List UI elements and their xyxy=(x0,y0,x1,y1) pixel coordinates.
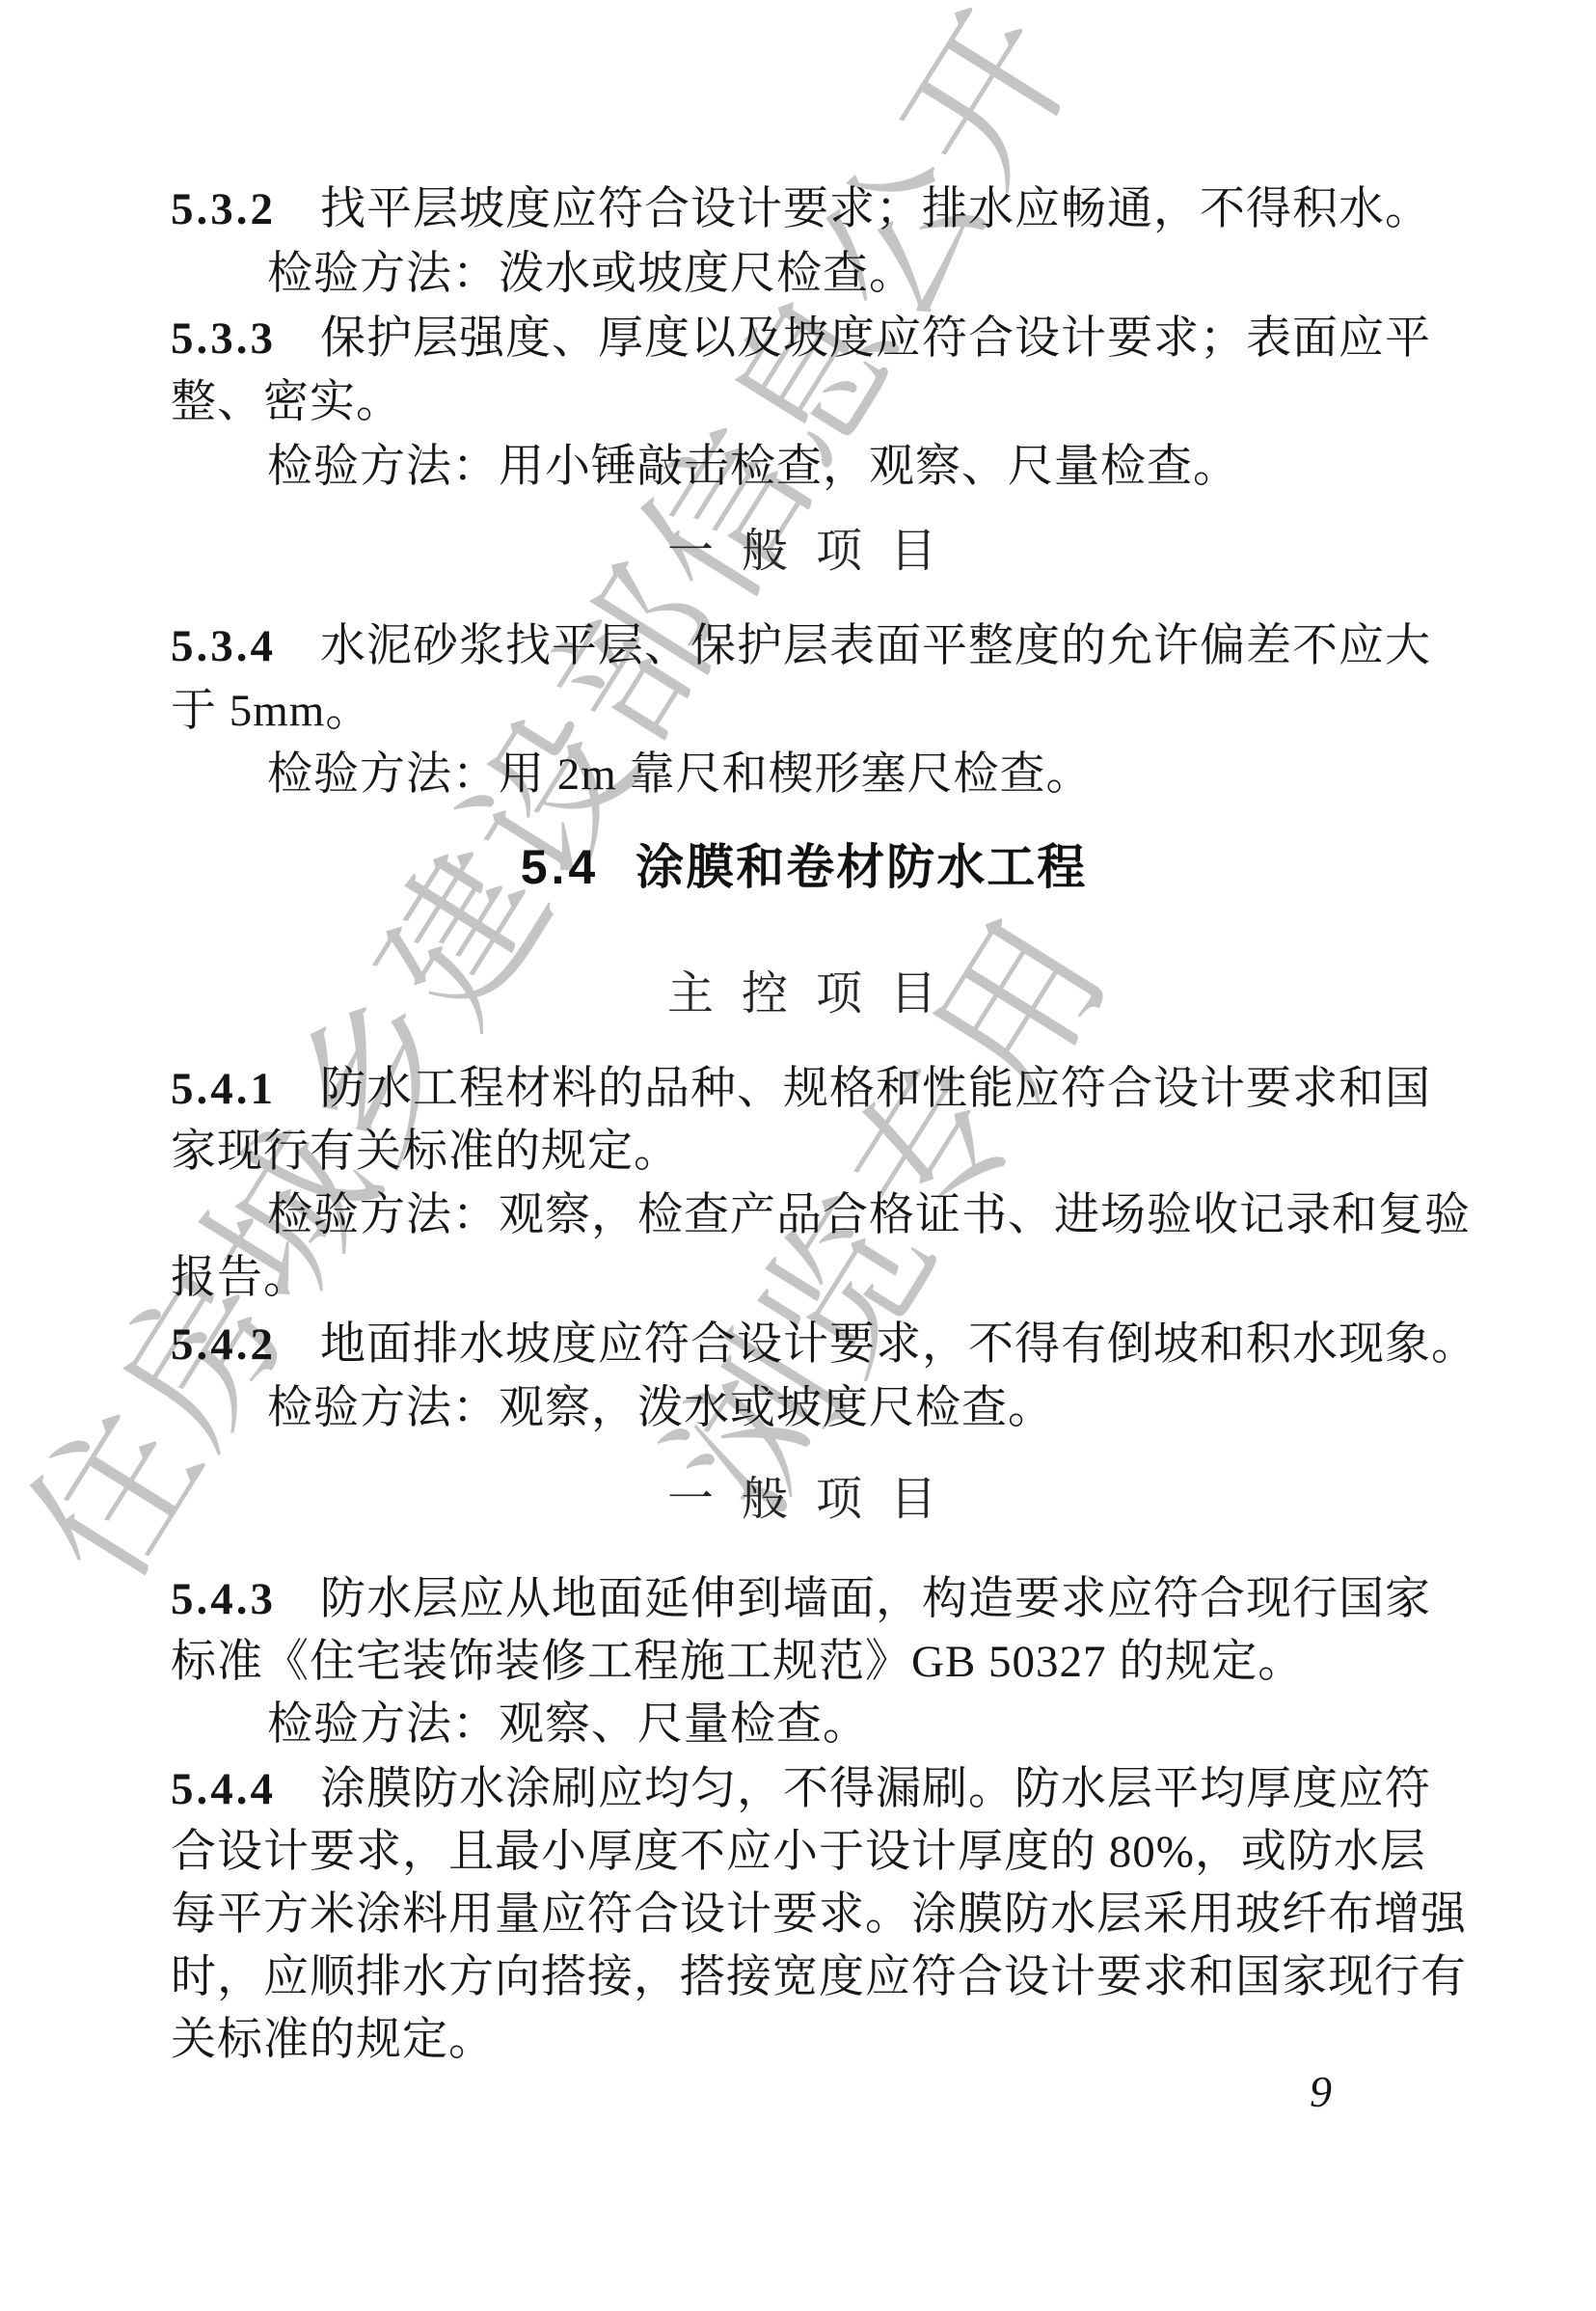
clause-5-3-4-line-2: 于 5mm。 xyxy=(171,683,371,739)
clause-5-4-4-line-5: 关标准的规定。 xyxy=(171,2012,495,2068)
clause-5-4-2-method: 检验方法：观察，泼水或坡度尺检查。 xyxy=(267,1380,1054,1436)
clause-text: 保护层强度、厚度以及坡度应符合设计要求；表面应平 xyxy=(320,313,1431,364)
clause-text: 水泥砂浆找平层、保护层表面平整度的允许偏差不应大 xyxy=(320,621,1431,671)
clause-5-3-4-line-1: 5.3.4水泥砂浆找平层、保护层表面平整度的允许偏差不应大 xyxy=(171,618,1431,674)
clause-5-3-2-method: 检验方法：泼水或坡度尺检查。 xyxy=(267,246,915,302)
clause-5-4-2-line-1: 5.4.2地面排水坡度应符合设计要求，不得有倒坡和积水现象。 xyxy=(171,1317,1477,1373)
clause-5-4-4-line-2: 合设计要求，且最小厚度不应小于设计厚度的 80%，或防水层 xyxy=(171,1824,1426,1880)
section-heading-5-4: 5.4涂膜和卷材防水工程 xyxy=(171,839,1437,895)
clause-5-3-3-line-2: 整、密实。 xyxy=(171,374,402,430)
section-title: 涂膜和卷材防水工程 xyxy=(636,840,1087,894)
clause-number: 5.3.4 xyxy=(171,621,276,671)
clause-5-3-4-method: 检验方法：用 2m 靠尺和楔形塞尺检查。 xyxy=(267,747,1093,802)
clause-text: 涂膜防水涂刷应均匀，不得漏刷。防水层平均厚度应符 xyxy=(320,1764,1431,1814)
clause-5-3-3-method: 检验方法：用小锤敲击检查，观察、尺量检查。 xyxy=(267,439,1239,495)
clause-number: 5.4.1 xyxy=(171,1064,276,1114)
document-page: 住房城乡建设部信息公开 浏览专用 5.3.2找平层坡度应符合设计要求；排水应畅通… xyxy=(0,0,1596,2311)
heading-general-items-2: 一 般 项 目 xyxy=(171,1472,1437,1528)
clause-5-4-4-line-4: 时，应顺排水方向搭接，搭接宽度应符合设计要求和国家现行有 xyxy=(171,1949,1467,2005)
clause-number: 5.3.2 xyxy=(171,184,276,234)
clause-5-4-1-line-1: 5.4.1防水工程材料的品种、规格和性能应符合设计要求和国 xyxy=(171,1061,1431,1117)
clause-text: 防水工程材料的品种、规格和性能应符合设计要求和国 xyxy=(320,1064,1431,1114)
clause-5-3-2-line-1: 5.3.2找平层坡度应符合设计要求；排水应畅通，不得积水。 xyxy=(171,181,1431,237)
heading-master-items: 主 控 项 目 xyxy=(171,966,1437,1022)
clause-text: 地面排水坡度应符合设计要求，不得有倒坡和积水现象。 xyxy=(320,1319,1477,1370)
clause-5-4-3-line-1: 5.4.3防水层应从地面延伸到墙面，构造要求应符合现行国家 xyxy=(171,1571,1431,1627)
clause-number: 5.4.2 xyxy=(171,1319,276,1370)
clause-5-4-1-method-line-1: 检验方法：观察，检查产品合格证书、进场验收记录和复验 xyxy=(267,1187,1471,1243)
clause-text: 防水层应从地面延伸到墙面，构造要求应符合现行国家 xyxy=(320,1574,1431,1624)
clause-5-4-4-line-3: 每平方米涂料用量应符合设计要求。涂膜防水层采用玻纤布增强 xyxy=(171,1887,1467,1943)
clause-5-4-3-method: 检验方法：观察、尺量检查。 xyxy=(267,1697,869,1753)
clause-number: 5.3.3 xyxy=(171,313,276,364)
clause-number: 5.4.4 xyxy=(171,1764,276,1814)
clause-5-4-3-line-2: 标准《住宅装饰装修工程施工规范》GB 50327 的规定。 xyxy=(171,1634,1304,1690)
clause-5-4-1-method-line-2: 报告。 xyxy=(171,1250,310,1306)
clause-5-3-3-line-1: 5.3.3保护层强度、厚度以及坡度应符合设计要求；表面应平 xyxy=(171,311,1431,367)
page-number: 9 xyxy=(1310,2066,1332,2117)
clause-number: 5.4.3 xyxy=(171,1574,276,1624)
clause-5-4-1-line-2: 家现行有关标准的规定。 xyxy=(171,1124,680,1180)
clause-5-4-4-line-1: 5.4.4涂膜防水涂刷应均匀，不得漏刷。防水层平均厚度应符 xyxy=(171,1761,1431,1817)
clause-text: 找平层坡度应符合设计要求；排水应畅通，不得积水。 xyxy=(320,184,1431,234)
section-number: 5.4 xyxy=(521,840,600,894)
heading-general-items-1: 一 般 项 目 xyxy=(171,524,1437,580)
